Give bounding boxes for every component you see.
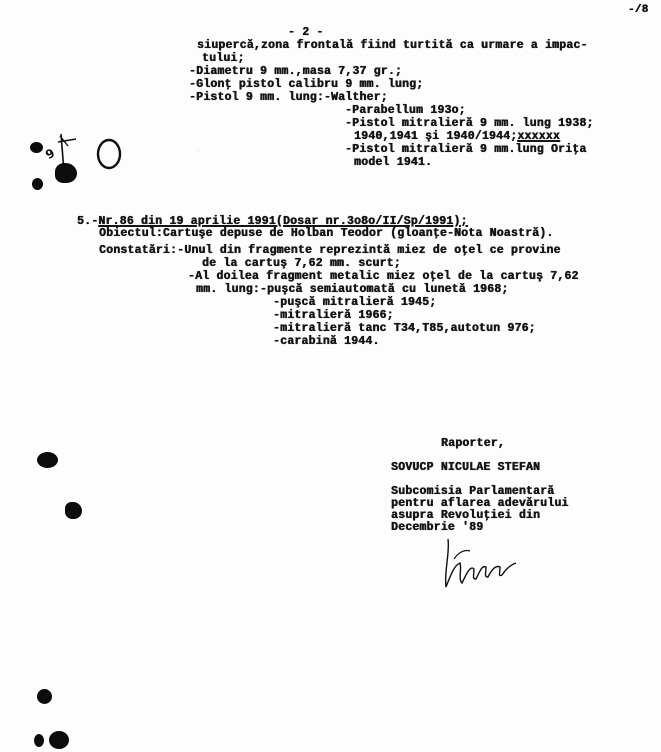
sub-item-orita: -Pistol mitralieră 9 mm.lung Oriţa [345, 143, 586, 156]
sub-item-model: model 1941. [354, 156, 432, 169]
finding-line: -puşcă mitralieră 1945; [273, 296, 436, 309]
ink-blot [49, 731, 69, 749]
sub-item-years: 1940,1941 şi 1940/1944;xxxxxx [354, 130, 560, 143]
handwritten-signature [440, 535, 520, 595]
svg-text:9: 9 [43, 146, 57, 162]
margin-circle-mark [94, 136, 126, 172]
ink-blot [55, 163, 77, 183]
findings-label: Constatări: [99, 244, 177, 257]
sub-item-pm-1938: -Pistol mitralieră 9 mm. lung 1938; [345, 117, 594, 130]
finding-line: mm. lung:-puşcă semiautomată cu lunetă 1… [196, 283, 508, 296]
item-pistol: -Pistol 9 mm. lung:-Walther; [189, 91, 388, 104]
org-line: Decembrie '89 [391, 521, 483, 534]
ink-blot [30, 142, 43, 153]
ink-blot [37, 452, 58, 468]
ink-blot [34, 734, 44, 747]
finding-line: -carabină 1944. [273, 335, 380, 348]
item-bullet: -Glonţ pistol calibru 9 mm. lung; [189, 78, 423, 91]
entry-5-findings-first: Constatări:-Unul din fragmente reprezint… [99, 244, 561, 257]
finding-line: -Al doilea fragment metalic miez oţel de… [188, 270, 579, 283]
page-number: - 2 - [288, 26, 324, 39]
continuation-line-2: tului; [202, 52, 245, 65]
signature-role: Raporter, [441, 437, 505, 450]
ink-blot [32, 178, 43, 190]
finding-line: -mitralieră tanc T34,T85,autotun 976; [273, 322, 536, 335]
continuation-line-1: siupercă,zona frontală fiind turtită ca … [197, 39, 588, 52]
ink-blot [65, 502, 82, 519]
entry-5-object: Obiectul:Cartuşe depuse de Holban Teodor… [99, 227, 553, 240]
finding-line: -mitralieră 1966; [273, 309, 394, 322]
finding-line: de la cartuş 7,62 mm. scurt; [202, 257, 401, 270]
page-mark: -/8 [628, 4, 648, 17]
signature-name: SOVUCP NICULAE STEFAN [391, 461, 540, 474]
ink-blot [37, 689, 52, 704]
item-diameter: -Diametru 9 mm.,masa 7,37 gr.; [189, 65, 402, 78]
scanned-document-page: -/8 - 2 - siupercă,zona frontală fiind t… [0, 0, 661, 752]
struck-word: xxxxxx [517, 130, 560, 143]
sub-item-parabellum: -Parabellum 193o; [345, 104, 466, 117]
